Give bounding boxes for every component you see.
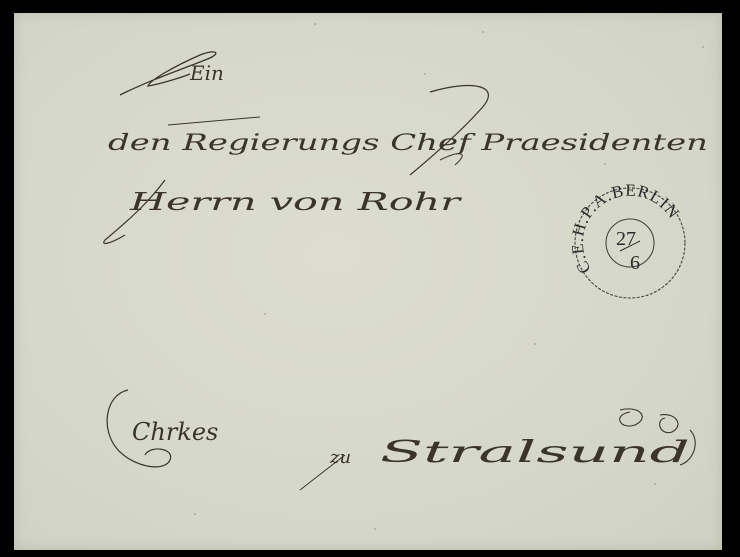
postmark: C.E.H.P.A.BERLIN 27 6 <box>568 181 685 298</box>
address-line-1: Ein <box>120 52 224 95</box>
svg-text:den Regierungs Chef Praesident: den Regierungs Chef Praesidenten <box>108 131 708 156</box>
svg-text:Chrkes: Chrkes <box>132 418 218 446</box>
handwriting-layer: Ein den Regierungs Chef Praesidenten Her… <box>0 0 740 557</box>
svg-text:Herrn von Rohr: Herrn von Rohr <box>128 188 462 216</box>
address-line-4: Chrkes zu Stralsund <box>107 390 695 490</box>
address-line-3: Herrn von Rohr <box>104 154 463 244</box>
svg-text:Ein: Ein <box>189 61 224 85</box>
svg-text:zu: zu <box>329 447 351 468</box>
svg-text:Stralsund: Stralsund <box>380 435 690 470</box>
postmark-month: 6 <box>630 252 640 274</box>
address-line-2: den Regierungs Chef Praesidenten <box>108 86 708 175</box>
postmark-day: 27 <box>616 228 636 250</box>
